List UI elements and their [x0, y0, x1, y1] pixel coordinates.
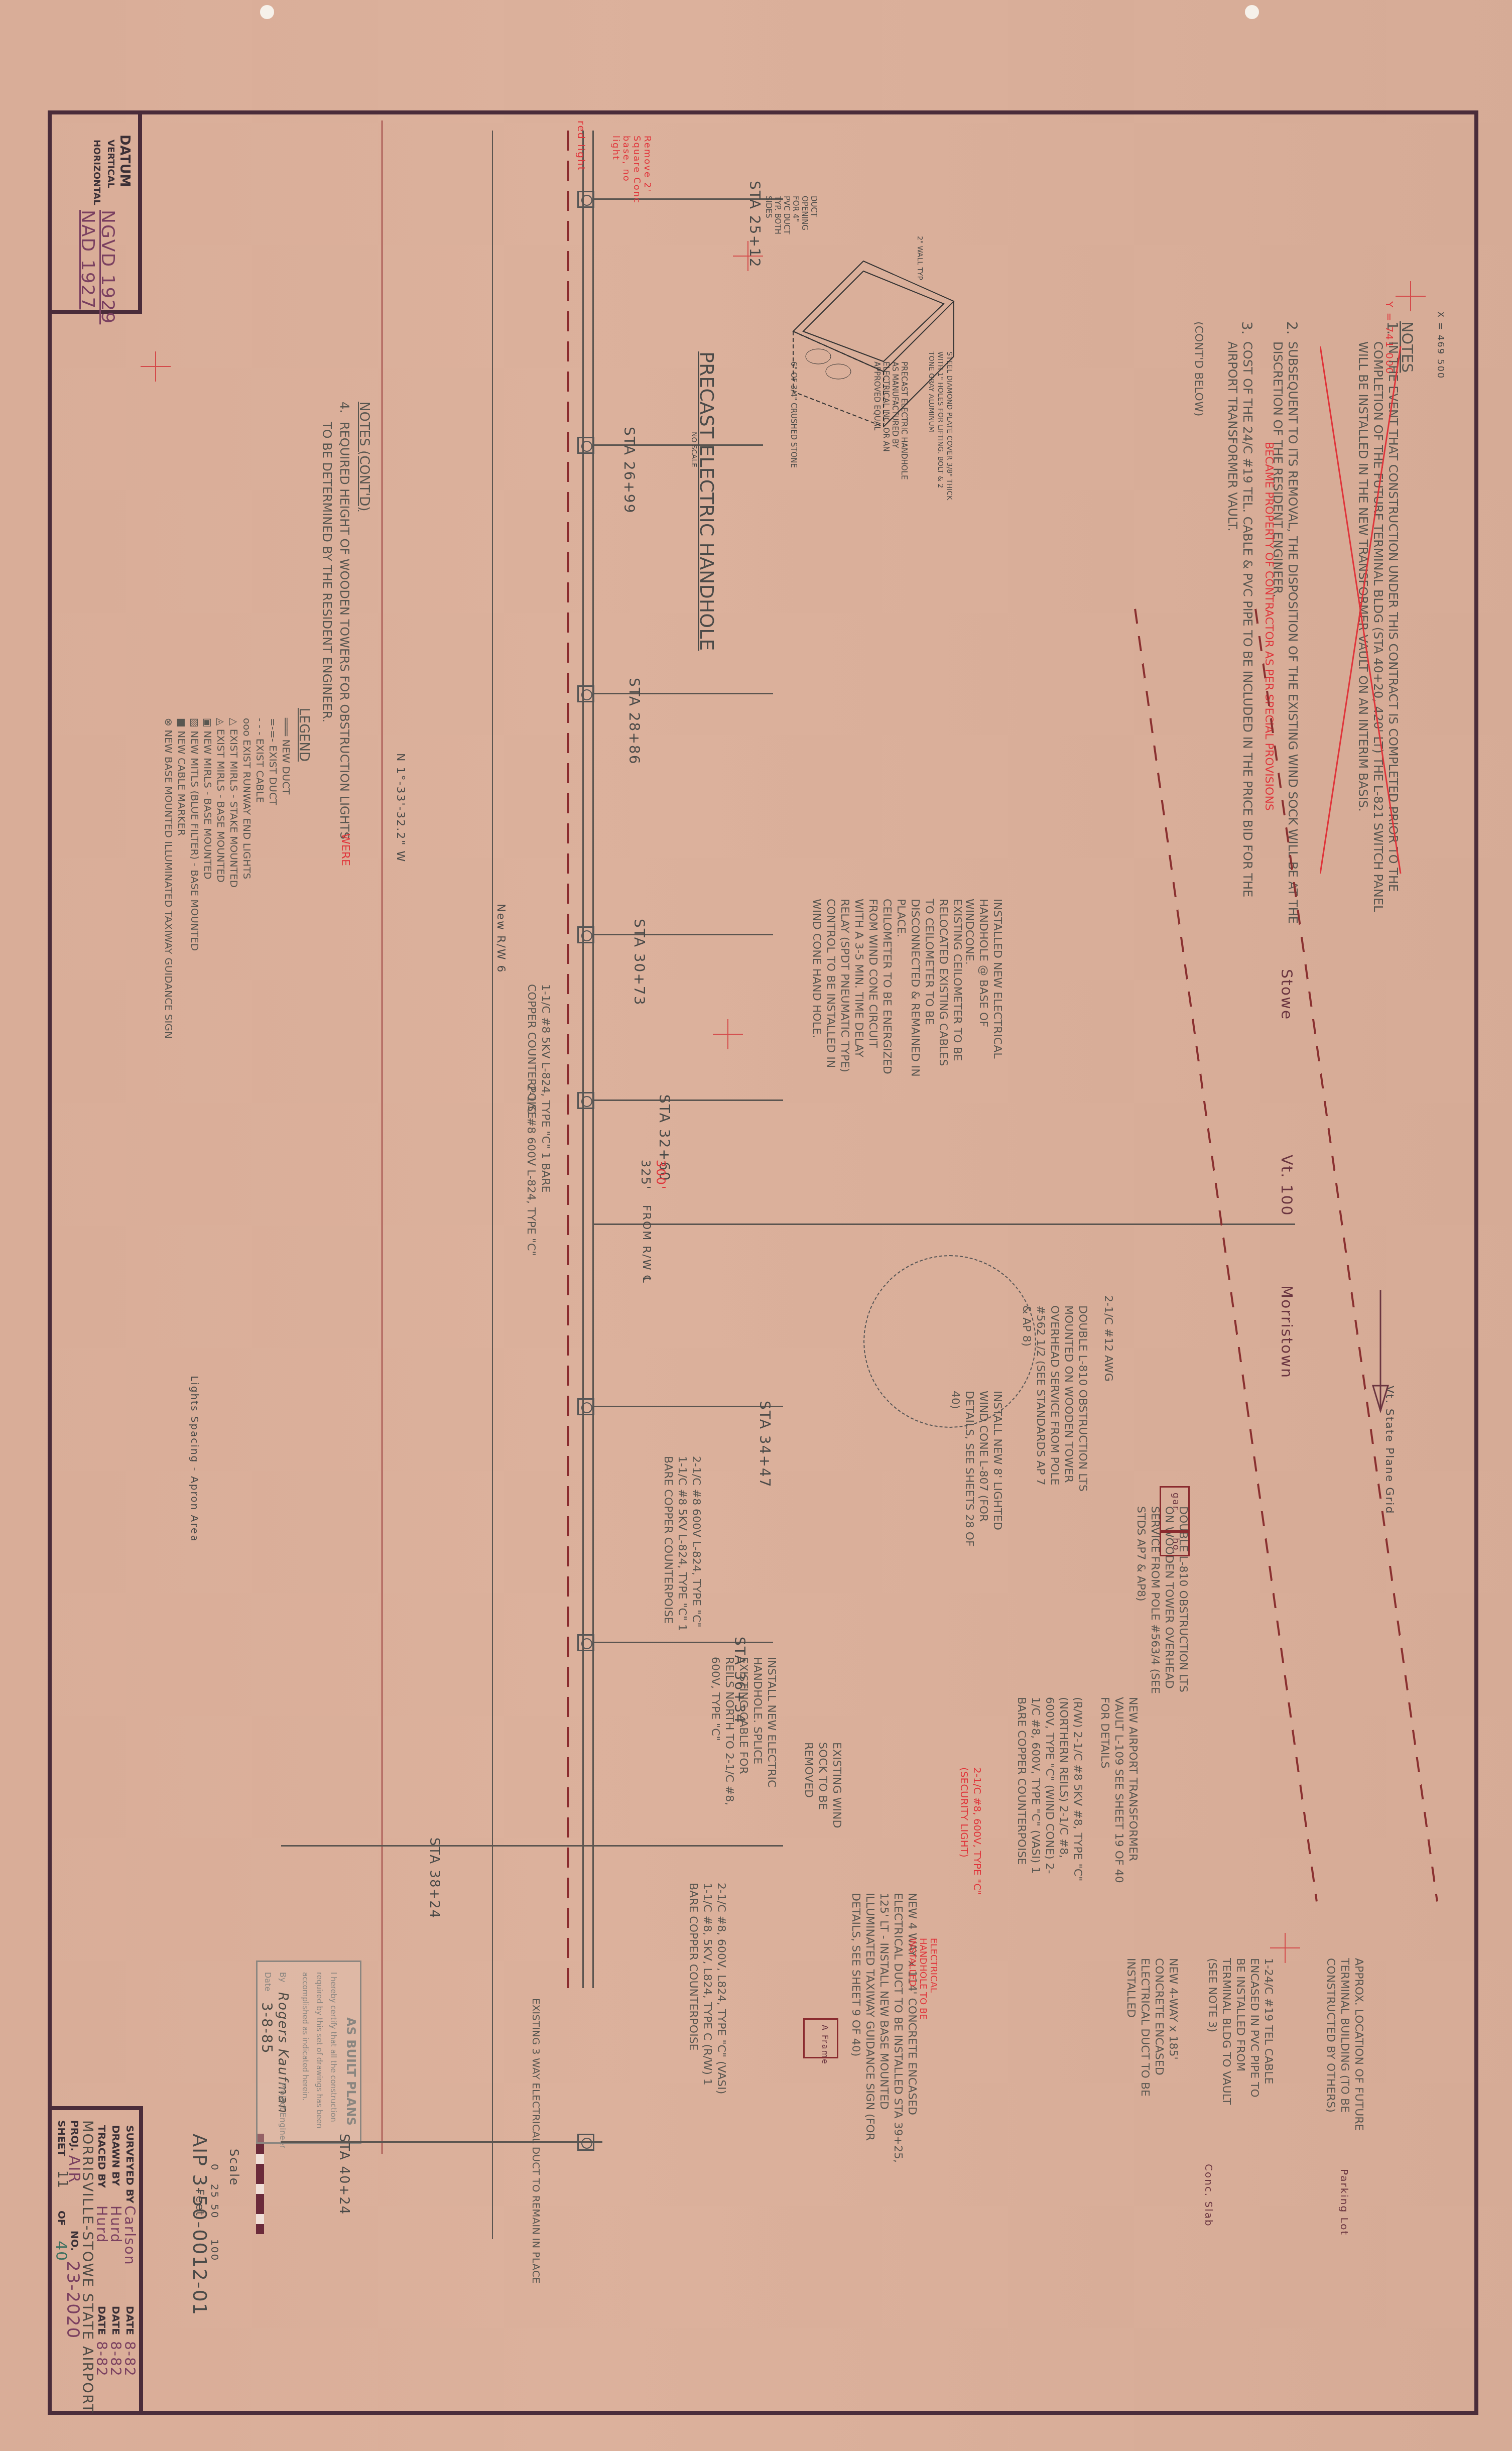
route-label: Vt. 100: [1278, 1155, 1295, 1216]
duct-note: DUCT OPENING FOR 4" PVC DUCT TYP. BOTH S…: [764, 196, 818, 236]
legend-item: △ EXIST MIRLS - STAKE MOUNTED: [228, 718, 240, 888]
scale-tick-0: 0: [209, 2164, 221, 2171]
traced-by-label: TRACED BY: [96, 2125, 108, 2188]
punch-hole: [260, 5, 274, 19]
note-3-text: COST OF THE 24/C #19 TEL. CABLE & PVC PI…: [1225, 341, 1255, 944]
as-built-body: I hereby certify that all the constructi…: [298, 1972, 340, 2138]
station-30-73: STA 30+73: [631, 919, 648, 1006]
distance-original: 325': [639, 1160, 653, 1190]
scale-unit: Feet: [193, 2189, 206, 2217]
lights-spacing-note: Lights Spacing - Apron Area: [189, 1376, 201, 1542]
cable-callout: 2-1/C #8, 600V, L824, TYPE "C" (VASI) 1-…: [686, 1883, 728, 2104]
callout-ceilometer-relocate: EXISTING CEILOMETER TO BE RELOCATED EXIS…: [894, 899, 964, 1079]
sheet-label: SHEET: [56, 2120, 68, 2156]
callout-handhole-windcone: INSTALLED NEW ELECTRICAL HANDHOLE @ BASE…: [962, 899, 1004, 1059]
legend-item: ▨ NEW MITLS (BLUE FILTER) - BASE MOUNTED: [189, 718, 201, 951]
runway-light[interactable]: [577, 926, 594, 943]
scale-label: Scale: [227, 2149, 241, 2186]
station-line: [592, 693, 773, 694]
punch-hole: [1245, 5, 1259, 19]
runway-edge-existing: [567, 131, 569, 1988]
note-4-text2: TO BE DETERMINED BY THE RESIDENT ENGINEE…: [320, 422, 334, 722]
callout-tel-cable: 1-24/C #19 TEL CABLE ENCASED IN PVC PIPE…: [1205, 1958, 1275, 2109]
as-built-date-label: Date: [263, 1972, 273, 1991]
note-3-suffix: (CONT'D BELOW): [1192, 321, 1205, 416]
remove-note: Remove 2' Square Conc base, no light: [610, 136, 653, 206]
grid-tick: [1270, 1933, 1300, 1963]
note-1-num: 1.: [1384, 321, 1401, 335]
grid-tick: [1396, 281, 1426, 311]
legend-symbol-double-line: ═══: [280, 718, 292, 739]
station-38-24: STA 38+24: [427, 1837, 442, 1919]
handhole-scale: NO SCALE: [690, 432, 698, 467]
legend-symbol-circle-triangle-icon: ◬: [215, 718, 227, 729]
station-line: [592, 1099, 783, 1101]
red-light-label: red light: [575, 120, 587, 171]
scale-tick-50: 50: [209, 2204, 221, 2219]
callout-transformer-vault: NEW AIRPORT TRANSFORMER VAULT L-109 SEE …: [1097, 1697, 1140, 1888]
note-1-strikeout: [1320, 346, 1406, 899]
cable-callout: 2-1/C #8 600V L-824, TYPE "C" 1-1/C #8 5…: [661, 1456, 703, 1637]
runway-edge-duct-2: [592, 131, 594, 1988]
north-arrow-icon: [1345, 1285, 1416, 1416]
legend-symbol-filled-square-icon: ■: [176, 718, 188, 730]
sheet-value: 11: [55, 2170, 70, 2189]
note-2-num: 2.: [1284, 321, 1300, 335]
legend-item: ooo EXIST RUNWAY END LIGHTS: [241, 718, 253, 879]
cable-callout: (R/W) 2-1/C #8 5KV #8, TYPE "C" (NORTHER…: [1014, 1697, 1084, 1888]
runway-light[interactable]: [577, 437, 594, 454]
as-built-stamp: AS BUILT PLANS I hereby certify that all…: [256, 1960, 361, 2144]
building-a-frame: A Frame: [803, 2018, 838, 2058]
runway-edge-duct: [582, 131, 584, 1988]
callout-handhole-install: ELECTRICAL HANDHOLE TO BE INSTALLED: [907, 1938, 939, 2028]
parking-lot-label: Parking Lot: [1338, 2169, 1350, 2236]
title-block: SURVEYED BY Carlson DATE 8-82 DRAWN BY H…: [48, 2106, 143, 2415]
legend-item: ═══ NEW DUCT: [280, 718, 292, 794]
grid-tick: [733, 241, 763, 271]
wind-cone-circle: [863, 1255, 1036, 1428]
as-built-by-suffix: Project Engineer: [278, 2082, 288, 2148]
datum-horizontal-label: HORIZONTAL: [91, 140, 102, 205]
distance-revised: 300': [654, 1160, 668, 1190]
note-4-revision: WERE: [339, 833, 351, 866]
legend-symbol-circle-x-icon: ⊗: [163, 718, 175, 729]
of-label: OF: [56, 2211, 68, 2226]
note-4-text: REQUIRED HEIGHT OF WOODEN TOWERS FOR OBS…: [337, 422, 351, 839]
datum-vertical-label: VERTICAL: [105, 140, 116, 188]
scale-tick-25: 25: [209, 2184, 221, 2198]
legend-symbol-square-circle-icon: ▣: [202, 718, 214, 730]
legend-item: =-=- EXIST DUCT: [267, 718, 279, 805]
station-line: [281, 1845, 783, 1847]
town-label: Stowe: [1278, 969, 1295, 1020]
legend-item: ▣ NEW MIRLS - BASE MOUNTED: [202, 718, 214, 880]
callout-wind-sock: EXISTING WIND SOCK TO BE REMOVED: [801, 1742, 843, 1853]
callout-terminal-building: APPROX. LOCATION OF FUTURE TERMINAL BUIL…: [1323, 1958, 1365, 2179]
drawn-date-label: DATE: [110, 2306, 122, 2335]
datum-vertical-value: NGVD 1929: [97, 210, 118, 324]
datum-heading: DATUM: [117, 135, 132, 187]
surveyed-date-label: DATE: [124, 2306, 136, 2335]
note-2-revision: BECAME PROPERTY OF CONTRACTOR AS PER SPE…: [1263, 442, 1275, 811]
callout-4way-185: NEW 4-WAY x 185' CONCRETE ENCASED ELECTR…: [1123, 1958, 1180, 2119]
grid-tick: [713, 1019, 743, 1049]
callout-2-1c-12awg: 2-1/C #12 AWG: [1102, 1295, 1114, 1382]
distance-text: FROM R/W ℄: [640, 1205, 653, 1284]
legend-symbol-dashed-single: - - -: [254, 718, 266, 739]
road-name-morristown: Morristown: [1278, 1285, 1295, 1379]
runway-light[interactable]: [577, 1092, 594, 1109]
station-line: [592, 1406, 783, 1407]
drawing-sheet: DATUM VERTICAL HORIZONTAL NGVD 1929 NAD …: [0, 0, 1512, 2451]
coord-x: X = 469 500: [1435, 311, 1446, 379]
traced-date-label: DATE: [96, 2306, 108, 2335]
legend-item: - - - EXIST CABLE: [254, 718, 266, 803]
legend-item: ■ NEW CABLE MARKER: [176, 718, 188, 836]
legend-symbol-dashed-double: =-=-: [267, 718, 279, 745]
runway-light[interactable]: [577, 191, 594, 208]
runway-label: New R/W 6: [494, 904, 507, 973]
legend-item: ⊗ NEW BASE MOUNTED ILLUMINATED TAXIWAY G…: [163, 718, 175, 1039]
notes-contd-heading: NOTES (CONT'D): [356, 402, 371, 511]
grid-tick: [141, 351, 171, 382]
callout-ceilometer-energize: CEILOMETER TO BE ENERGIZED FROM WIND CON…: [809, 899, 894, 1079]
proj-label: PROJ.: [69, 2120, 81, 2151]
station-line: [592, 444, 763, 446]
as-built-by-label: By: [278, 1972, 288, 1982]
datum-box: DATUM VERTICAL HORIZONTAL NGVD 1929 NAD …: [48, 110, 142, 314]
legend-symbol-ooo: ooo: [241, 718, 253, 740]
legend-heading: LEGEND: [296, 708, 311, 762]
runway-light[interactable]: [577, 2134, 594, 2151]
runway-light[interactable]: [577, 685, 594, 702]
cable-callout: 2-1/C #8 600V L-824, TYPE "C": [525, 1084, 537, 1256]
note-3-num: 3.: [1238, 321, 1255, 335]
datum-horizontal-value: NAD 1927: [77, 210, 98, 309]
cable-callout-security: 2-1/C #8, 600V, TYPE "C" (SECURITY LIGHT…: [958, 1767, 984, 1918]
building-house: ho.: [1160, 1531, 1190, 1556]
handhole-title: PRECAST ELECTRIC HANDHOLE: [696, 351, 718, 651]
station-28-86: STA 28+86: [626, 678, 643, 765]
station-26-99: STA 26+99: [621, 427, 638, 514]
runway-offset-line: [492, 131, 493, 2239]
as-built-date: 3-8-85: [259, 2002, 275, 2054]
scale-bar: [256, 2134, 264, 2234]
drawn-by-label: DRAWN BY: [110, 2125, 122, 2186]
note-4-num: 4.: [337, 402, 351, 413]
station-34-47: STA 34+47: [757, 1401, 773, 1488]
surveyed-by-label: SURVEYED BY: [124, 2125, 136, 2203]
handhole-isometric-drawing: [763, 241, 974, 432]
as-built-heading: AS BUILT PLANS: [344, 2017, 358, 2126]
station-line: [592, 934, 773, 935]
callout-4way-duct: NEW 4 WAY x 114' CONCRETE ENCASED ELECTR…: [848, 1893, 919, 2174]
runway-light[interactable]: [577, 1398, 594, 1415]
legend-symbol-triangle-icon: △: [228, 718, 240, 729]
conc-slab-label: Conc. Slab: [1203, 2164, 1215, 2227]
station-40-24: STA 40+24: [336, 2134, 351, 2215]
callout-existing-3way: EXISTING 3 WAY ELECTRICAL DUCT TO REMAIN…: [530, 1998, 542, 2283]
no-label: NO.: [69, 2231, 81, 2251]
of-value: 40: [52, 2241, 70, 2262]
legend-symbol-hatched-square-icon: ▨: [189, 718, 201, 730]
scale-tick-100: 100: [209, 2239, 221, 2261]
runway-bearing: N 1°-33'-32.2" W: [394, 753, 407, 863]
no-value: 23-2020: [63, 2261, 83, 2339]
building-garage: gar.: [1160, 1486, 1190, 1531]
project-code: AIP 3-50-0012-01: [189, 2134, 211, 2316]
legend-item: ◬ EXIST MIRLS - BASE MOUNTED: [215, 718, 227, 883]
runway-centerline: [382, 120, 383, 2154]
callout-new-handhole: INSTALL NEW ELECTRIC HANDHOLE. SPLICE EX…: [708, 1657, 778, 1807]
distance-line: [592, 1223, 1295, 1225]
runway-light[interactable]: [577, 1634, 594, 1651]
station-line: [281, 2141, 602, 2143]
